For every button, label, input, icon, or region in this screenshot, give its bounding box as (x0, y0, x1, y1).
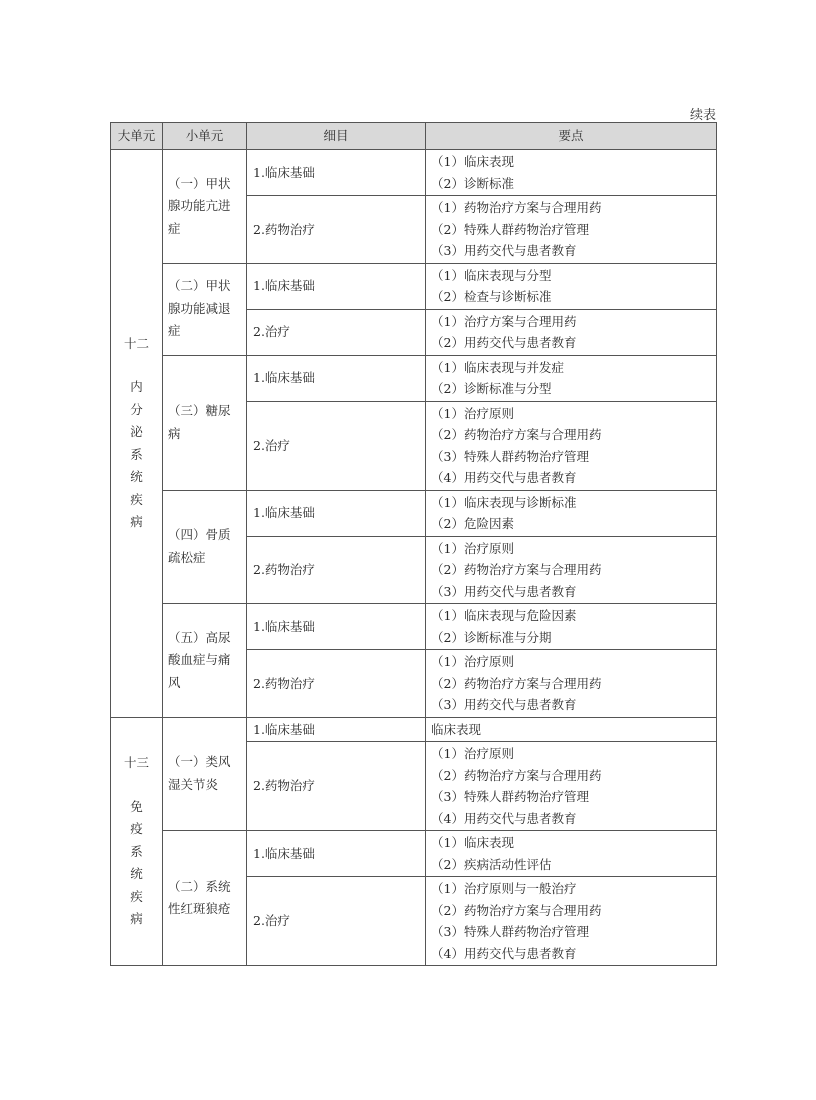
detail-cell: 2.药物治疗 (247, 650, 426, 718)
detail-cell: 2.药物治疗 (247, 196, 426, 264)
major-unit-name-char: 统 (111, 863, 162, 886)
table-caption: 续表 (690, 104, 716, 123)
key-point: （1）治疗方案与合理用药 (431, 311, 711, 333)
key-point: （1）治疗原则 (431, 651, 711, 673)
table-header-row: 大单元 小单元 细目 要点 (111, 123, 717, 150)
key-point: （1）临床表现 (431, 151, 711, 173)
key-point: （2）检查与诊断标准 (431, 286, 711, 308)
major-unit-name-char: 免 (111, 796, 162, 819)
key-point: （1）治疗原则 (431, 743, 711, 765)
key-point: （1）药物治疗方案与合理用药 (431, 197, 711, 219)
key-point: （3）特殊人群药物治疗管理 (431, 921, 711, 943)
key-point: （1）治疗原则 (431, 403, 711, 425)
key-point: （2）危险因素 (431, 513, 711, 535)
header-detail: 细目 (247, 123, 426, 150)
key-point: （2）特殊人群药物治疗管理 (431, 219, 711, 241)
detail-cell: 1.临床基础 (247, 490, 426, 536)
major-unit-name-char: 疾 (111, 886, 162, 909)
major-unit-name-char: 病 (111, 511, 162, 534)
key-point: （1）临床表现 (431, 832, 711, 854)
major-unit-name-char: 疫 (111, 818, 162, 841)
major-unit-name-char: 统 (111, 466, 162, 489)
table-body: 十二内分泌系统疾病（一）甲状腺功能亢进症1.临床基础（1）临床表现（2）诊断标准… (111, 150, 717, 966)
key-points-cell: （1）治疗原则（2）药物治疗方案与合理用药（3）特殊人群药物治疗管理（4）用药交… (426, 742, 717, 831)
key-point: （3）用药交代与患者教育 (431, 240, 711, 262)
key-points-cell: （1）治疗原则（2）药物治疗方案与合理用药（3）特殊人群药物治疗管理（4）用药交… (426, 401, 717, 490)
major-unit-name-char: 病 (111, 908, 162, 931)
key-points-cell: （1）临床表现与分型（2）检查与诊断标准 (426, 263, 717, 309)
key-points-cell: （1）临床表现与诊断标准（2）危险因素 (426, 490, 717, 536)
major-unit-cell: 十三免疫系统疾病 (111, 717, 163, 966)
major-unit-name-char: 内 (111, 376, 162, 399)
major-unit-name-char: 系 (111, 841, 162, 864)
detail-cell: 1.临床基础 (247, 717, 426, 742)
key-point: （3）用药交代与患者教育 (431, 581, 711, 603)
key-point: （3）特殊人群药物治疗管理 (431, 786, 711, 808)
key-point: （2）诊断标准 (431, 173, 711, 195)
key-points-cell: 临床表现 (426, 717, 717, 742)
key-point: （1）治疗原则 (431, 538, 711, 560)
key-point: （1）临床表现与并发症 (431, 357, 711, 379)
key-points-cell: （1）临床表现与危险因素（2）诊断标准与分期 (426, 604, 717, 650)
key-point: （4）用药交代与患者教育 (431, 467, 711, 489)
key-point: （4）用药交代与患者教育 (431, 943, 711, 965)
major-unit-name-char: 疾 (111, 489, 162, 512)
table-row: （五）高尿酸血症与痛风1.临床基础（1）临床表现与危险因素（2）诊断标准与分期 (111, 604, 717, 650)
detail-cell: 1.临床基础 (247, 355, 426, 401)
sub-unit-cell: （一）类风湿关节炎 (163, 717, 247, 831)
detail-cell: 2.治疗 (247, 309, 426, 355)
key-point: （3）特殊人群药物治疗管理 (431, 446, 711, 468)
table-row: （二）系统性红斑狼疮1.临床基础（1）临床表现（2）疾病活动性评估 (111, 831, 717, 877)
key-points-cell: （1）治疗方案与合理用药（2）用药交代与患者教育 (426, 309, 717, 355)
sub-unit-cell: （二）甲状腺功能减退症 (163, 263, 247, 355)
sub-unit-cell: （二）系统性红斑狼疮 (163, 831, 247, 966)
major-unit-number: 十二 (111, 333, 162, 355)
key-points-cell: （1）治疗原则与一般治疗（2）药物治疗方案与合理用药（3）特殊人群药物治疗管理（… (426, 877, 717, 966)
detail-cell: 1.临床基础 (247, 604, 426, 650)
header-major-unit: 大单元 (111, 123, 163, 150)
key-point: （1）治疗原则与一般治疗 (431, 878, 711, 900)
key-point: （1）临床表现与诊断标准 (431, 492, 711, 514)
key-point: （3）用药交代与患者教育 (431, 694, 711, 716)
sub-unit-cell: （三）糖尿病 (163, 355, 247, 490)
major-unit-name-char: 泌 (111, 421, 162, 444)
detail-cell: 2.治疗 (247, 877, 426, 966)
table-row: 十三免疫系统疾病（一）类风湿关节炎1.临床基础临床表现 (111, 717, 717, 742)
key-point: （2）药物治疗方案与合理用药 (431, 424, 711, 446)
key-point: （2）药物治疗方案与合理用药 (431, 765, 711, 787)
key-points-cell: （1）临床表现（2）诊断标准 (426, 150, 717, 196)
key-point: 临床表现 (431, 719, 711, 741)
syllabus-table: 大单元 小单元 细目 要点 十二内分泌系统疾病（一）甲状腺功能亢进症1.临床基础… (110, 122, 717, 966)
detail-cell: 1.临床基础 (247, 263, 426, 309)
key-point: （2）药物治疗方案与合理用药 (431, 900, 711, 922)
key-point: （2）诊断标准与分期 (431, 627, 711, 649)
key-points-cell: （1）药物治疗方案与合理用药（2）特殊人群药物治疗管理（3）用药交代与患者教育 (426, 196, 717, 264)
major-unit-number: 十三 (111, 752, 162, 774)
key-point: （1）临床表现与分型 (431, 265, 711, 287)
key-point: （1）临床表现与危险因素 (431, 605, 711, 627)
major-unit-cell: 十二内分泌系统疾病 (111, 150, 163, 718)
key-points-cell: （1）临床表现（2）疾病活动性评估 (426, 831, 717, 877)
sub-unit-cell: （五）高尿酸血症与痛风 (163, 604, 247, 718)
key-point: （2）药物治疗方案与合理用药 (431, 673, 711, 695)
table-row: （三）糖尿病1.临床基础（1）临床表现与并发症（2）诊断标准与分型 (111, 355, 717, 401)
key-point: （2）疾病活动性评估 (431, 854, 711, 876)
key-points-cell: （1）治疗原则（2）药物治疗方案与合理用药（3）用药交代与患者教育 (426, 650, 717, 718)
major-unit-name-char: 分 (111, 399, 162, 422)
table-row: （二）甲状腺功能减退症1.临床基础（1）临床表现与分型（2）检查与诊断标准 (111, 263, 717, 309)
key-points-cell: （1）临床表现与并发症（2）诊断标准与分型 (426, 355, 717, 401)
key-point: （2）诊断标准与分型 (431, 378, 711, 400)
detail-cell: 1.临床基础 (247, 831, 426, 877)
table-row: 十二内分泌系统疾病（一）甲状腺功能亢进症1.临床基础（1）临床表现（2）诊断标准 (111, 150, 717, 196)
header-sub-unit: 小单元 (163, 123, 247, 150)
sub-unit-cell: （一）甲状腺功能亢进症 (163, 150, 247, 264)
key-point: （2）药物治疗方案与合理用药 (431, 559, 711, 581)
key-point: （2）用药交代与患者教育 (431, 332, 711, 354)
table-row: （四）骨质疏松症1.临床基础（1）临床表现与诊断标准（2）危险因素 (111, 490, 717, 536)
detail-cell: 2.药物治疗 (247, 536, 426, 604)
major-unit-name-char: 系 (111, 444, 162, 467)
detail-cell: 1.临床基础 (247, 150, 426, 196)
key-point: （4）用药交代与患者教育 (431, 808, 711, 830)
sub-unit-cell: （四）骨质疏松症 (163, 490, 247, 604)
key-points-cell: （1）治疗原则（2）药物治疗方案与合理用药（3）用药交代与患者教育 (426, 536, 717, 604)
detail-cell: 2.治疗 (247, 401, 426, 490)
header-key-points: 要点 (426, 123, 717, 150)
detail-cell: 2.药物治疗 (247, 742, 426, 831)
